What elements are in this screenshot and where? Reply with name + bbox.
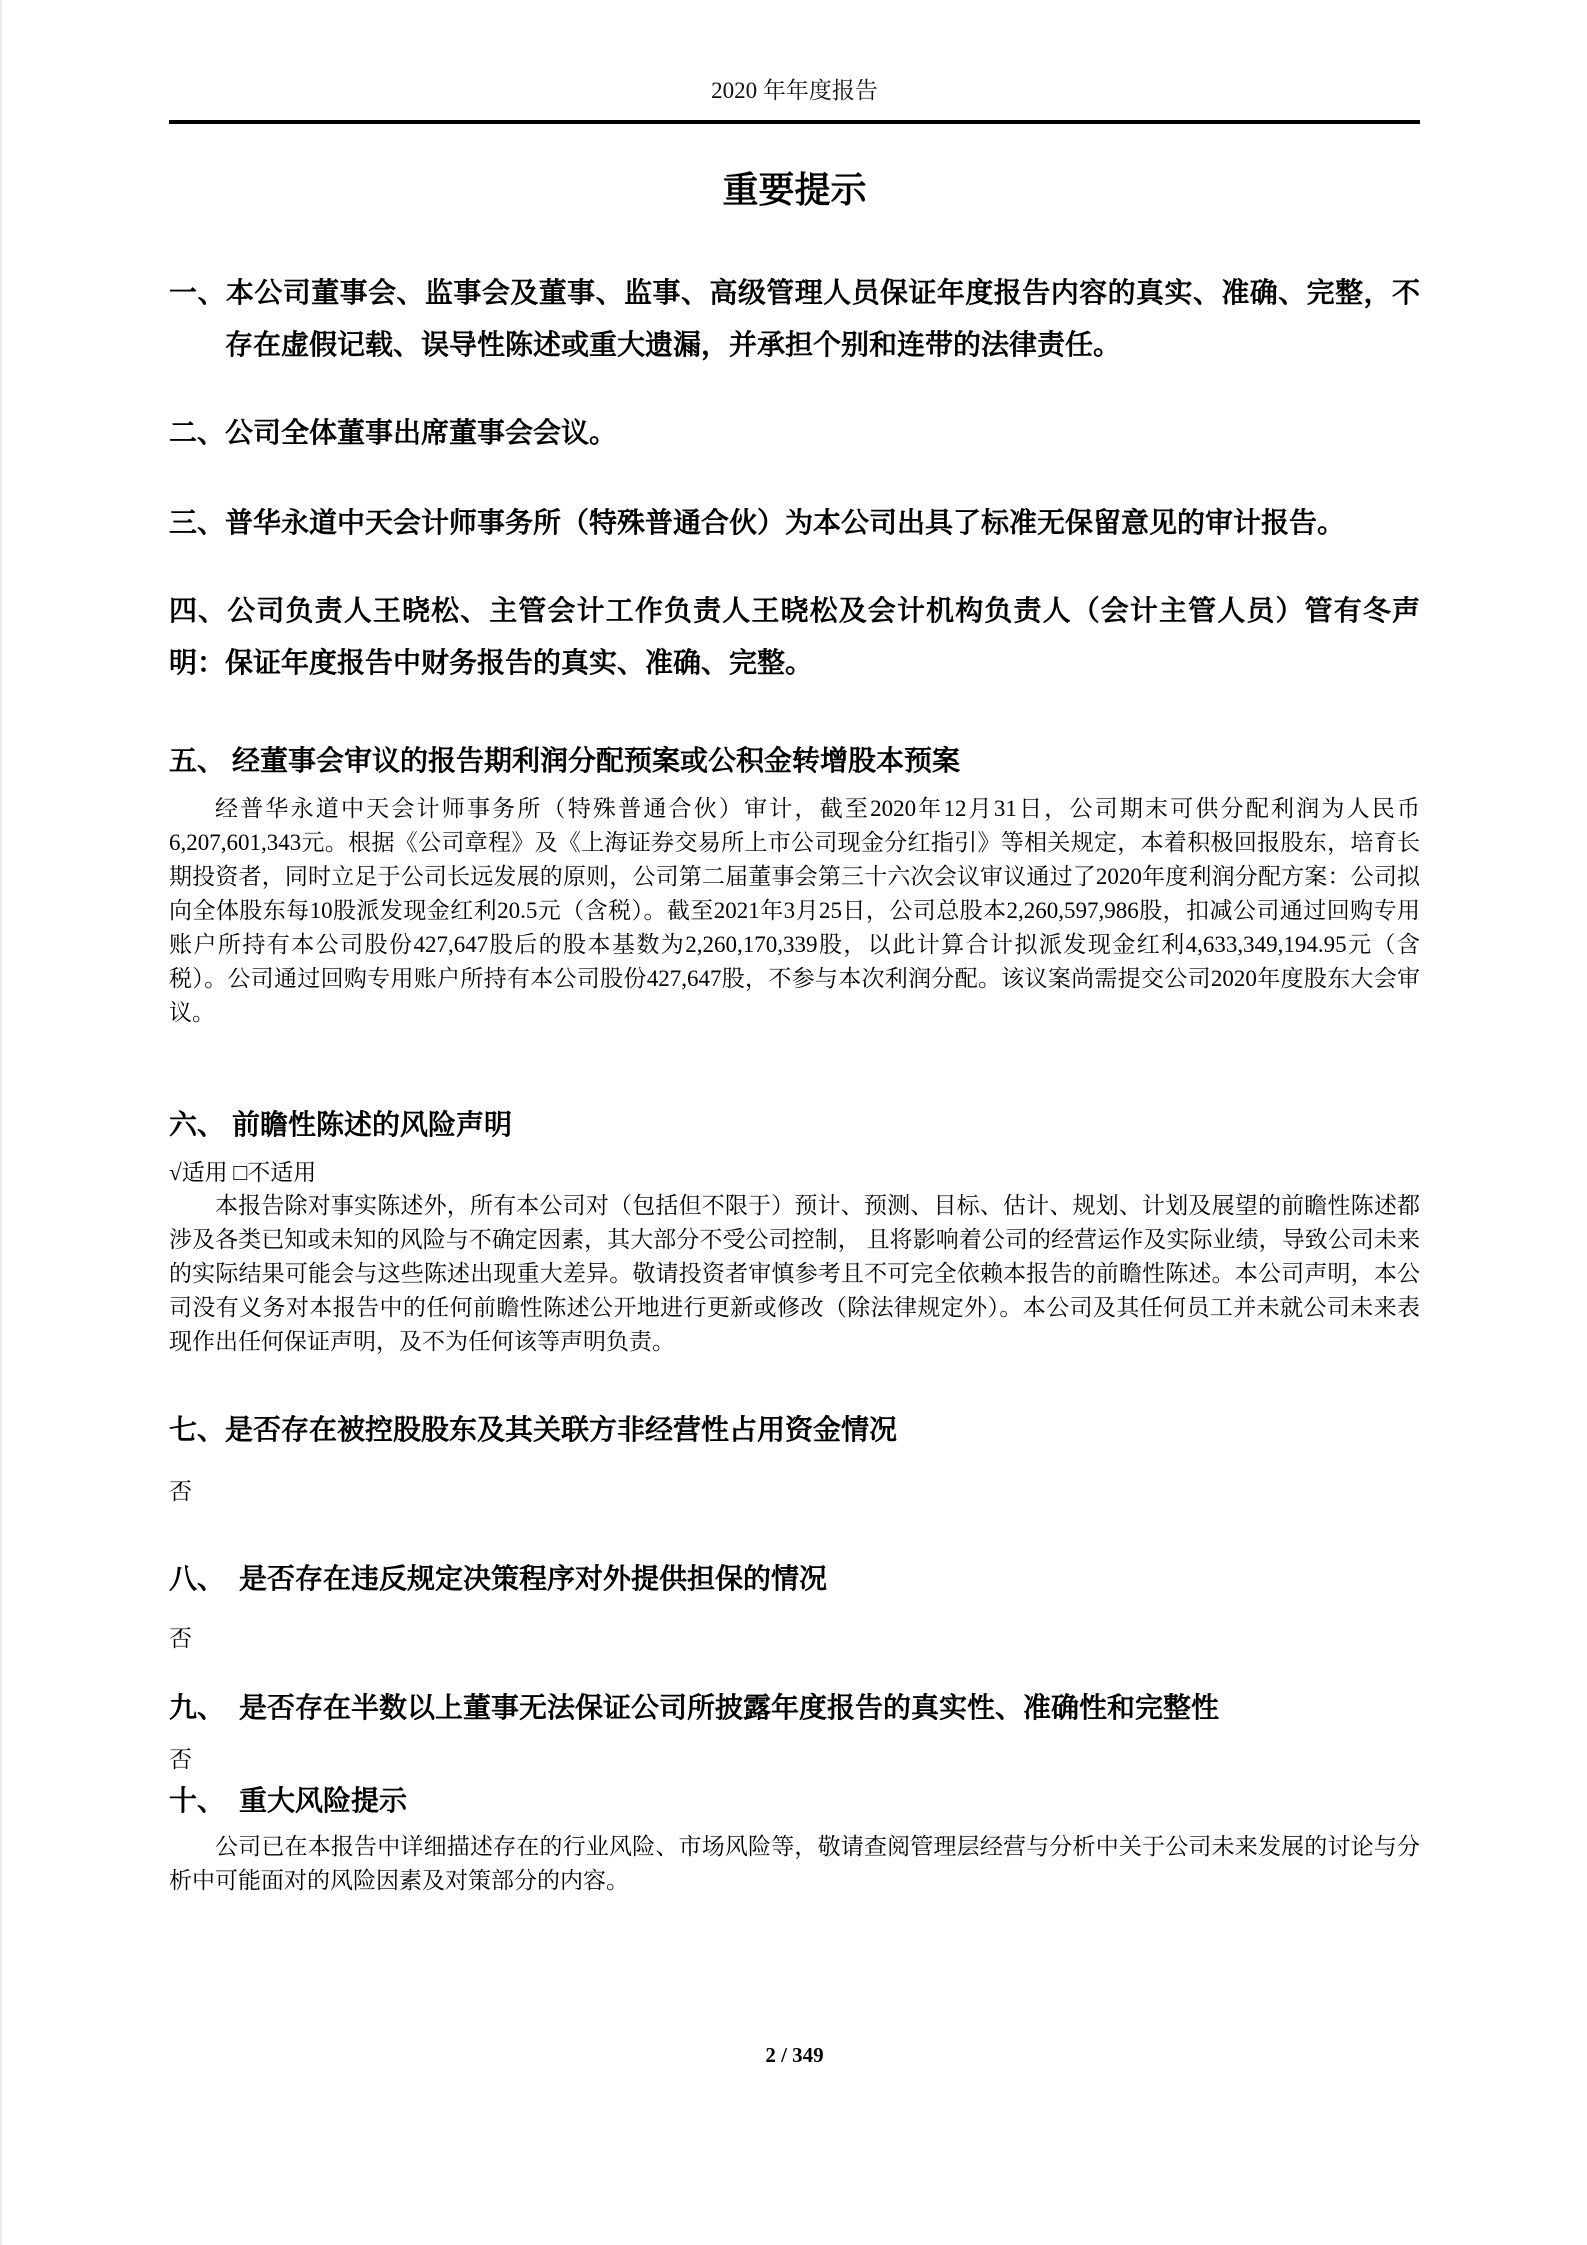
section-5: 五、 经董事会审议的报告期利润分配预案或公积金转增股本预案 经普华永道中天会计师… [169, 736, 1420, 1030]
section-answer: 否 [169, 1622, 1420, 1655]
section-7: 七、是否存在被控股股东及其关联方非经营性占用资金情况 否 [169, 1405, 1420, 1508]
section-8: 八、 是否存在违反规定决策程序对外提供担保的情况 否 [169, 1554, 1420, 1655]
section-heading: 十、 重大风险提示 [169, 1776, 1420, 1828]
section-9: 九、 是否存在半数以上董事无法保证公司所披露年度报告的真实性、准确性和完整性 否 [169, 1683, 1420, 1776]
section-heading: 九、 是否存在半数以上董事无法保证公司所披露年度报告的真实性、准确性和完整性 [169, 1683, 1420, 1735]
doc-header: 2020 年年度报告 [2, 0, 1587, 106]
section-heading: 一、本公司董事会、监事会及董事、监事、高级管理人员保证年度报告内容的真实、准确、… [169, 268, 1420, 372]
section-2: 二、公司全体董事出席董事会会议。 [169, 408, 1420, 460]
section-6: 六、 前瞻性陈述的风险声明 √适用 □不适用 本报告除对事实陈述外，所有本公司对… [169, 1100, 1420, 1359]
doc-header-text: 2020 年年度报告 [711, 78, 878, 103]
section-paragraph: 经普华永道中天会计师事务所（特殊普通合伙）审计，截至2020年12月31日，公司… [169, 792, 1420, 1030]
section-heading: 三、普华永道中天会计师事务所（特殊普通合伙）为本公司出具了标准无保留意见的审计报… [169, 498, 1420, 550]
annual-report-page: 2020 年年度报告 重要提示 一、本公司董事会、监事会及董事、监事、高级管理人… [0, 0, 1587, 2245]
section-heading: 五、 经董事会审议的报告期利润分配预案或公积金转增股本预案 [169, 736, 1420, 788]
applicability-line: √适用 □不适用 [169, 1156, 1420, 1189]
section-1: 一、本公司董事会、监事会及董事、监事、高级管理人员保证年度报告内容的真实、准确、… [169, 268, 1420, 372]
section-paragraph: 本报告除对事实陈述外，所有本公司对（包括但不限于）预计、预测、目标、估计、规划、… [169, 1189, 1420, 1359]
page-title: 重要提示 [2, 168, 1587, 212]
section-answer: 否 [169, 1743, 1420, 1776]
section-heading: 七、是否存在被控股股东及其关联方非经营性占用资金情况 [169, 1405, 1420, 1457]
section-paragraph: 公司已在本报告中详细描述存在的行业风险、市场风险等，敬请查阅管理层经营与分析中关… [169, 1830, 1420, 1898]
header-rule [169, 120, 1420, 124]
page-number: 2 / 349 [2, 2042, 1587, 2068]
section-heading: 六、 前瞻性陈述的风险声明 [169, 1100, 1420, 1152]
section-heading: 八、 是否存在违反规定决策程序对外提供担保的情况 [169, 1554, 1420, 1606]
section-3: 三、普华永道中天会计师事务所（特殊普通合伙）为本公司出具了标准无保留意见的审计报… [169, 498, 1420, 550]
section-4: 四、公司负责人王晓松、主管会计工作负责人王晓松及会计机构负责人（会计主管人员）管… [169, 586, 1420, 690]
section-10: 十、 重大风险提示 公司已在本报告中详细描述存在的行业风险、市场风险等，敬请查阅… [169, 1776, 1420, 1898]
page-content: 一、本公司董事会、监事会及董事、监事、高级管理人员保证年度报告内容的真实、准确、… [2, 268, 1587, 1898]
section-answer: 否 [169, 1475, 1420, 1508]
section-heading: 四、公司负责人王晓松、主管会计工作负责人王晓松及会计机构负责人（会计主管人员）管… [169, 586, 1420, 690]
section-heading: 二、公司全体董事出席董事会会议。 [169, 408, 1420, 460]
